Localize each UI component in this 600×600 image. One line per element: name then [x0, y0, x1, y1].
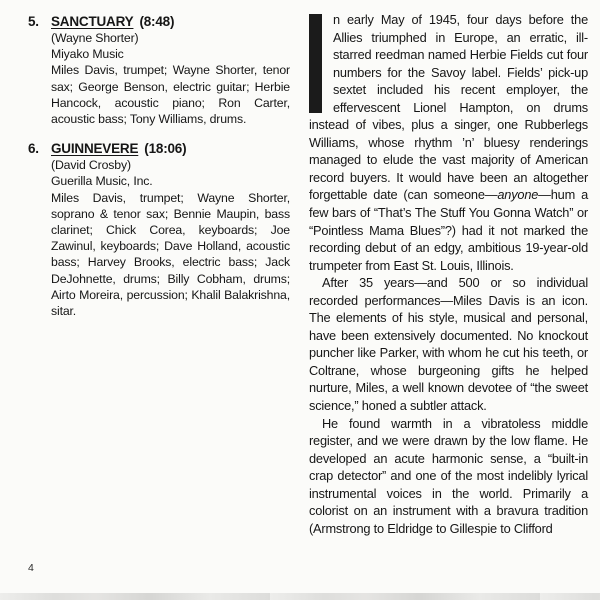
- dropcap-letter-i: [309, 14, 322, 113]
- track-composer: (David Crosby): [51, 157, 290, 173]
- track-heading: 5. SANCTUARY (8:48): [28, 13, 290, 30]
- track-number: 5.: [28, 13, 51, 30]
- track-details: (David Crosby) Guerilla Music, Inc. Mile…: [51, 157, 290, 319]
- track-list: 5. SANCTUARY (8:48) (Wayne Shorter) Miya…: [28, 13, 290, 332]
- track-details: (Wayne Shorter) Miyako Music Miles Davis…: [51, 30, 290, 127]
- track-duration: (8:48): [139, 13, 174, 30]
- track-personnel: Miles Davis, trumpet; Wayne Shorter, ten…: [51, 62, 290, 127]
- essay-text: n early May of 1945, four days before th…: [309, 12, 588, 202]
- track-title: SANCTUARY: [51, 13, 133, 30]
- essay-paragraph-3: He found warmth in a vibratoless middle …: [309, 415, 588, 538]
- essay-paragraph-1: n early May of 1945, four days before th…: [309, 11, 588, 274]
- track-composer: (Wayne Shorter): [51, 30, 290, 46]
- track-heading: 6. GUINNEVERE (18:06): [28, 140, 290, 157]
- track-item-5: 5. SANCTUARY (8:48) (Wayne Shorter) Miya…: [28, 13, 290, 127]
- track-publisher: Miyako Music: [51, 46, 290, 62]
- track-item-6: 6. GUINNEVERE (18:06) (David Crosby) Gue…: [28, 140, 290, 319]
- booklet-page: 5. SANCTUARY (8:48) (Wayne Shorter) Miya…: [0, 0, 600, 600]
- track-publisher: Guerilla Music, Inc.: [51, 173, 290, 189]
- liner-notes-essay: n early May of 1945, four days before th…: [309, 11, 588, 537]
- essay-text-italic: anyone: [497, 187, 538, 202]
- track-duration: (18:06): [144, 140, 186, 157]
- page-number: 4: [28, 562, 34, 574]
- essay-paragraph-2: After 35 years—and 500 or so individual …: [309, 274, 588, 414]
- track-personnel: Miles Davis, trumpet; Wayne Shorter, sop…: [51, 190, 290, 320]
- scan-edge-artifact: [0, 593, 600, 600]
- track-number: 6.: [28, 140, 51, 157]
- track-title: GUINNEVERE: [51, 140, 138, 157]
